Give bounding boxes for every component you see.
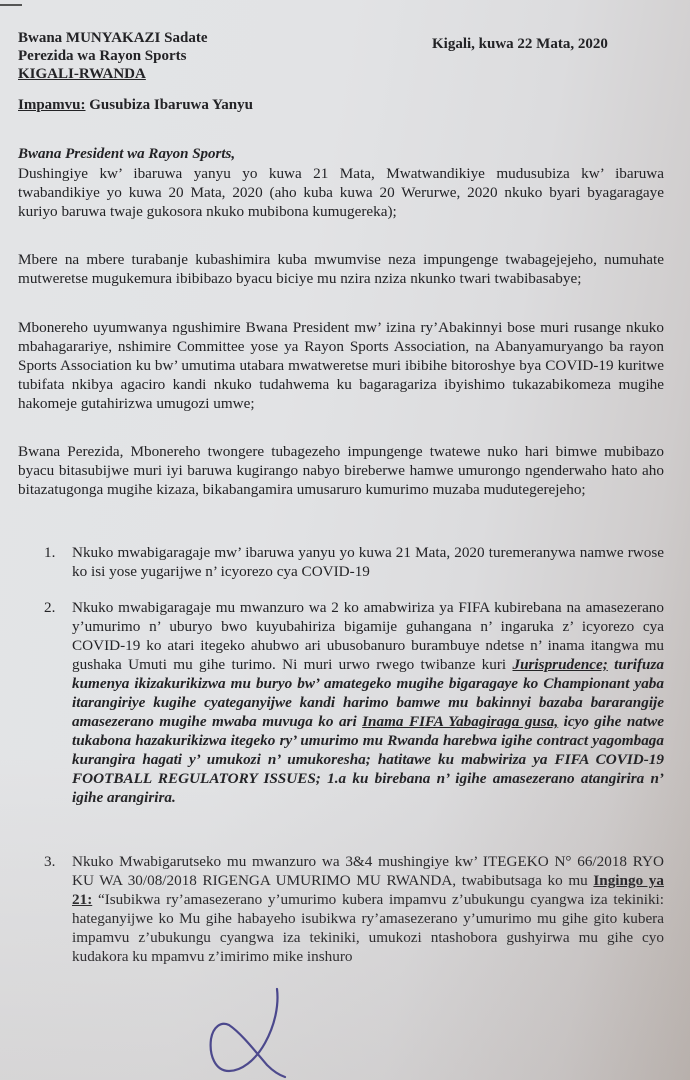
- item-3-intro: Nkuko Mwabigarutseko mu mwanzuro wa 3&4 …: [72, 853, 664, 889]
- letter-subject: Impamvu: Gusubiza Ibaruwa Yanyu: [18, 96, 253, 115]
- jurisprudence-term: Jurisprudence;: [512, 656, 607, 673]
- paragraph-2: Mbere na mbere turabanje kubashimira kub…: [18, 250, 664, 288]
- list-item-text: Nkuko mwabigaragaje mu mwanzuro wa 2 ko …: [72, 598, 664, 807]
- paragraph-3: Mbonereho uyumwanya ngushimire Bwana Pre…: [18, 318, 664, 413]
- item-3-quote: “Isubikwa ry’amasezerano y’umurimo kuber…: [72, 891, 664, 965]
- list-item-3: 3. Nkuko Mwabigarutseko mu mwanzuro wa 3…: [44, 852, 664, 966]
- subject-text: Gusubiza Ibaruwa Yanyu: [86, 97, 253, 113]
- recipient-name: Bwana MUNYAKAZI Sadate: [18, 29, 207, 47]
- paragraph-1: Dushingiye kw’ ibaruwa yanyu yo kuwa 21 …: [18, 164, 664, 221]
- recipient-address: Bwana MUNYAKAZI Sadate Perezida wa Rayon…: [18, 29, 207, 83]
- paper-edge-mark: [0, 4, 22, 6]
- list-item-2: 2. Nkuko mwabigaragaje mu mwanzuro wa 2 …: [44, 598, 664, 807]
- list-item-1: 1. Nkuko mwabigaragaje mw’ ibaruwa yanyu…: [44, 543, 664, 581]
- recipient-location: KIGALI-RWANDA: [18, 65, 207, 83]
- subject-label: Impamvu:: [18, 97, 86, 113]
- paragraph-4: Bwana Perezida, Mbonereho twongere tubag…: [18, 442, 664, 499]
- list-number: 1.: [44, 543, 66, 562]
- list-number: 2.: [44, 598, 66, 617]
- list-item-text: Nkuko Mwabigarutseko mu mwanzuro wa 3&4 …: [72, 852, 664, 966]
- signature-icon: [195, 985, 295, 1080]
- list-item-text: Nkuko mwabigaragaje mw’ ibaruwa yanyu yo…: [72, 543, 664, 581]
- letter-date: Kigali, kuwa 22 Mata, 2020: [432, 35, 608, 54]
- fifa-advice-term: Inama FIFA Yabagiraga gusa,: [362, 713, 558, 730]
- salutation: Bwana President wa Rayon Sports,: [18, 145, 235, 164]
- list-number: 3.: [44, 852, 66, 871]
- recipient-title: Perezida wa Rayon Sports: [18, 47, 207, 65]
